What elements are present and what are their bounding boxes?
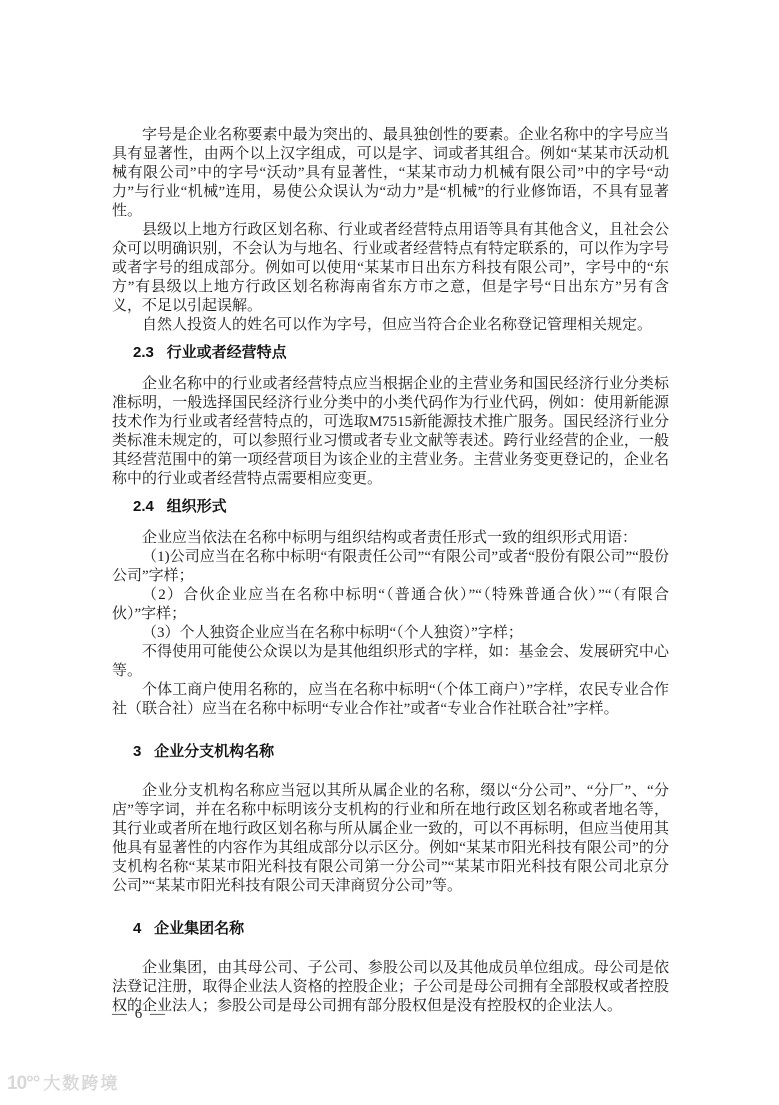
paragraph-natural-person-name: 自然人投资人的姓名可以作为字号，但应当符合企业名称登记管理相关规定。: [112, 316, 669, 335]
paragraph-individual-business: 个体工商户使用名称的，应当在名称中标明“（个体工商户）”字样，农民专业合作社（联…: [112, 681, 669, 719]
section-title: 组织形式: [167, 498, 227, 515]
watermark-logo-icon: 10°°: [7, 1074, 39, 1093]
paragraph-enterprise-group: 企业集团，由其母公司、子公司、参股公司以及其他成员单位组成。母公司是依法登记注册…: [112, 959, 669, 1016]
section-title: 行业或者经营特点: [167, 344, 287, 361]
section-heading-2-4: 2.4组织形式: [133, 497, 669, 516]
paragraph-branch-names: 企业分支机构名称应当冠以其所从属企业的名称，缀以“分公司”、“分厂”、“分店”等…: [112, 782, 669, 896]
list-item-partnership: （2）合伙企业应当在名称中标明“（普通合伙）”“（特殊普通合伙）”“（有限合伙）…: [112, 586, 669, 624]
section-title: 企业集团名称: [154, 920, 244, 937]
paragraph-org-form-intro: 企业应当依法在名称中标明与组织结构或者责任形式一致的组织形式用语：: [112, 529, 669, 548]
section-heading-2-3: 2.3行业或者经营特点: [133, 343, 669, 362]
list-item-sole-proprietorship: （3）个人独资企业应当在名称中标明“（个人独资）”字样；: [112, 624, 669, 643]
page-number: — 6 —: [112, 1006, 167, 1023]
paragraph-industry-feature: 企业名称中的行业或者经营特点应当根据企业的主营业务和国民经济行业分类标准标明，一…: [112, 375, 669, 489]
watermark-brand: 大数跨境: [43, 1074, 119, 1093]
document-page: 字号是企业名称要素中最为突出的、最具独创性的要素。企业名称中的字号应当具有显著性…: [0, 0, 779, 1105]
document-body: 字号是企业名称要素中最为突出的、最具独创性的要素。企业名称中的字号应当具有显著性…: [112, 126, 669, 1016]
list-item-company: （1)公司应当在名称中标明“有限责任公司”“有限公司”或者“股份有限公司”“股份…: [112, 548, 669, 586]
section-heading-4: 4企业集团名称: [133, 919, 669, 938]
section-number: 2.4: [133, 498, 154, 515]
section-title: 企业分支机构名称: [154, 743, 274, 760]
paragraph-prohibited-terms: 不得使用可能使公众误以为是其他组织形式的字样，如：基金会、发展研究中心等。: [112, 643, 669, 681]
paragraph-admin-division-terms: 县级以上地方行政区划名称、行业或者经营特点用语等具有其他含义，且社会公众可以明确…: [112, 221, 669, 316]
section-number: 3: [133, 743, 141, 760]
section-number: 4: [133, 920, 141, 937]
watermark: 10°° 大数跨境: [7, 1074, 119, 1093]
section-heading-3: 3企业分支机构名称: [133, 742, 669, 761]
paragraph-distinctiveness: 字号是企业名称要素中最为突出的、最具独创性的要素。企业名称中的字号应当具有显著性…: [112, 126, 669, 221]
section-number: 2.3: [133, 344, 154, 361]
